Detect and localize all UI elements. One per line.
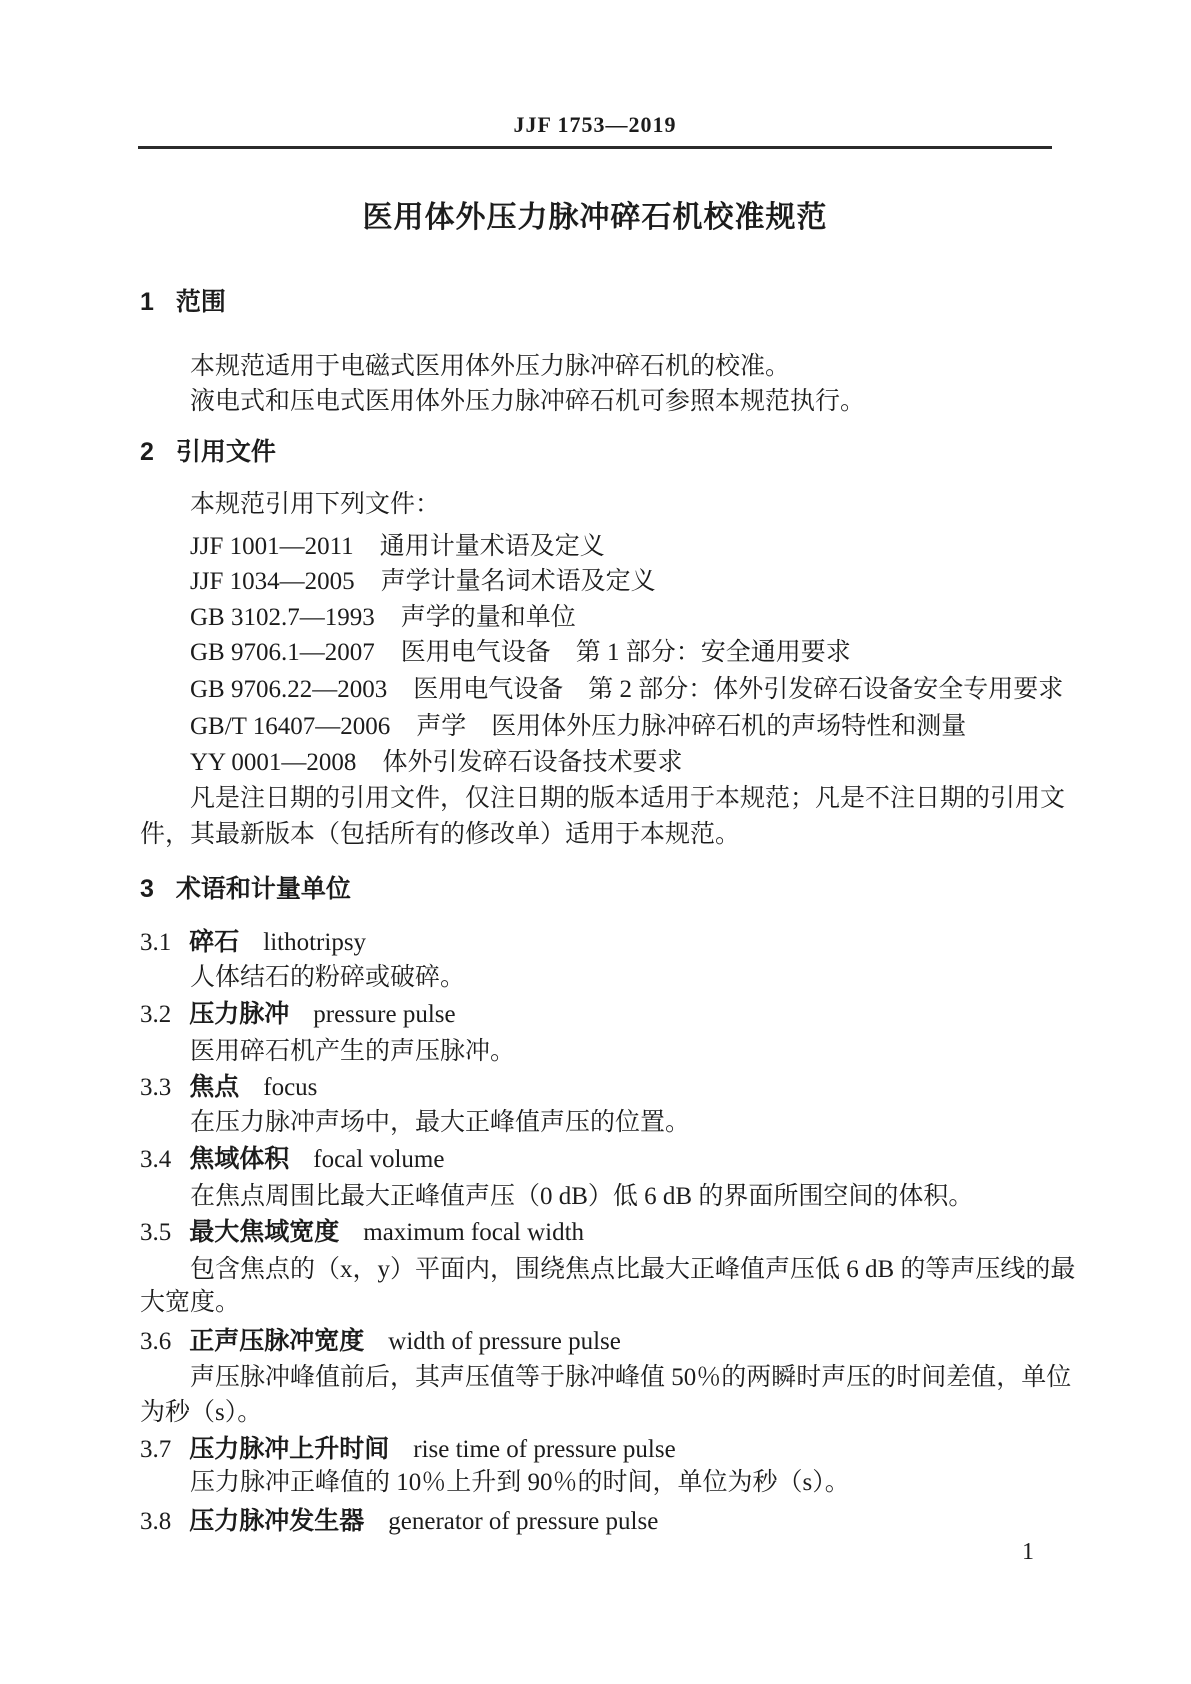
term-heading: 3.6 正声压脉冲宽度 width of pressure pulse: [140, 1324, 621, 1359]
reference-title: 医用电气设备 第 1 部分：安全通用要求: [401, 635, 851, 670]
term-en: focal volume: [313, 1142, 444, 1177]
paragraph: 凡是注日期的引用文件，仅注日期的版本适用于本规范；凡是不注日期的引用文: [190, 781, 1065, 816]
term-en: generator of pressure pulse: [388, 1504, 658, 1539]
term-heading: 3.4 焦域体积 focal volume: [140, 1142, 444, 1177]
term-definition: 人体结石的粉碎或破碎。: [190, 960, 465, 995]
term-en: pressure pulse: [313, 997, 455, 1032]
reference-item: GB/T 16407—2006 声学 医用体外压力脉冲碎石机的声场特性和测量: [190, 709, 966, 744]
term-zh: 正声压脉冲宽度: [189, 1324, 364, 1359]
term-number: 3.7: [140, 1432, 171, 1467]
section-title: 范围: [176, 285, 226, 320]
reference-title: 体外引发碎石设备技术要求: [382, 745, 682, 780]
reference-title: 医用电气设备 第 2 部分：体外引发碎石设备安全专用要求: [413, 672, 1063, 707]
paragraph: 本规范引用下列文件：: [190, 487, 440, 522]
reference-code: GB/T 16407—2006: [190, 709, 390, 744]
term-heading: 3.7 压力脉冲上升时间 rise time of pressure pulse: [140, 1432, 676, 1467]
reference-title: 声学计量名词术语及定义: [381, 564, 656, 599]
term-number: 3.1: [140, 925, 171, 960]
term-definition-continued: 为秒（s）。: [140, 1395, 262, 1430]
term-definition: 声压脉冲峰值前后，其声压值等于脉冲峰值 50％的两瞬时声压的时间差值，单位: [190, 1360, 1071, 1395]
term-definition: 压力脉冲正峰值的 10％上升到 90％的时间，单位为秒（s）。: [190, 1465, 850, 1500]
term-zh: 碎石: [189, 925, 239, 960]
term-zh: 压力脉冲发生器: [189, 1504, 364, 1539]
paragraph: 本规范适用于电磁式医用体外压力脉冲碎石机的校准。: [190, 349, 790, 384]
reference-code: YY 0001—2008: [190, 745, 356, 780]
term-en: lithotripsy: [263, 925, 366, 960]
term-definition: 医用碎石机产生的声压脉冲。: [190, 1034, 515, 1069]
term-number: 3.4: [140, 1142, 171, 1177]
section-3-heading: 3 术语和计量单位: [140, 872, 351, 907]
reference-item: JJF 1001—2011 通用计量术语及定义: [190, 529, 605, 564]
term-heading: 3.5 最大焦域宽度 maximum focal width: [140, 1215, 584, 1250]
term-number: 3.2: [140, 997, 171, 1032]
reference-title: 通用计量术语及定义: [380, 529, 605, 564]
paragraph: 液电式和压电式医用体外压力脉冲碎石机可参照本规范执行。: [190, 384, 865, 419]
term-number: 3.5: [140, 1215, 171, 1250]
reference-item: GB 9706.22—2003 医用电气设备 第 2 部分：体外引发碎石设备安全…: [190, 672, 1063, 707]
term-en: width of pressure pulse: [388, 1324, 621, 1359]
section-title: 引用文件: [176, 435, 276, 470]
term-en: rise time of pressure pulse: [413, 1432, 675, 1467]
term-heading: 3.3 焦点 focus: [140, 1070, 317, 1105]
term-zh: 压力脉冲: [189, 997, 289, 1032]
term-number: 3.3: [140, 1070, 171, 1105]
reference-item: JJF 1034—2005 声学计量名词术语及定义: [190, 564, 656, 599]
section-1-heading: 1 范围: [140, 285, 226, 320]
page-number: 1: [1008, 1535, 1048, 1569]
document-page: JJF 1753—2019 医用体外压力脉冲碎石机校准规范 1 范围 本规范适用…: [0, 0, 1191, 1684]
reference-item: YY 0001—2008 体外引发碎石设备技术要求: [190, 745, 682, 780]
term-definition: 包含焦点的（x，y）平面内，围绕焦点比最大正峰值声压低 6 dB 的等声压线的最: [190, 1252, 1075, 1287]
reference-code: GB 3102.7—1993: [190, 600, 375, 635]
term-heading: 3.1 碎石 lithotripsy: [140, 925, 366, 960]
term-en: focus: [263, 1070, 317, 1105]
reference-code: JJF 1001—2011: [190, 529, 354, 564]
reference-item: GB 9706.1—2007 医用电气设备 第 1 部分：安全通用要求: [190, 635, 851, 670]
term-zh: 压力脉冲上升时间: [189, 1432, 389, 1467]
term-en: maximum focal width: [363, 1215, 584, 1250]
reference-item: GB 3102.7—1993 声学的量和单位: [190, 600, 576, 635]
section-2-heading: 2 引用文件: [140, 435, 276, 470]
term-zh: 最大焦域宽度: [189, 1215, 339, 1250]
document-title: 医用体外压力脉冲碎石机校准规范: [138, 197, 1052, 239]
reference-code: GB 9706.1—2007: [190, 635, 375, 670]
paragraph: 件，其最新版本（包括所有的修改单）适用于本规范。: [140, 817, 740, 852]
term-definition: 在焦点周围比最大正峰值声压（0 dB）低 6 dB 的界面所围空间的体积。: [190, 1179, 973, 1214]
reference-title: 声学 医用体外压力脉冲碎石机的声场特性和测量: [416, 709, 966, 744]
section-number: 2: [140, 435, 154, 470]
term-number: 3.6: [140, 1324, 171, 1359]
term-definition-continued: 大宽度。: [140, 1285, 240, 1320]
section-number: 1: [140, 285, 154, 320]
term-heading: 3.2 压力脉冲 pressure pulse: [140, 997, 456, 1032]
section-title: 术语和计量单位: [176, 872, 351, 907]
term-zh: 焦域体积: [189, 1142, 289, 1177]
reference-title: 声学的量和单位: [401, 600, 576, 635]
term-definition: 在压力脉冲声场中，最大正峰值声压的位置。: [190, 1105, 690, 1140]
reference-code: JJF 1034—2005: [190, 564, 355, 599]
reference-code: GB 9706.22—2003: [190, 672, 387, 707]
section-number: 3: [140, 872, 154, 907]
header-rule: [138, 146, 1052, 149]
term-heading: 3.8 压力脉冲发生器 generator of pressure pulse: [140, 1504, 658, 1539]
term-zh: 焦点: [189, 1070, 239, 1105]
term-number: 3.8: [140, 1504, 171, 1539]
running-header: JJF 1753—2019: [138, 110, 1052, 140]
